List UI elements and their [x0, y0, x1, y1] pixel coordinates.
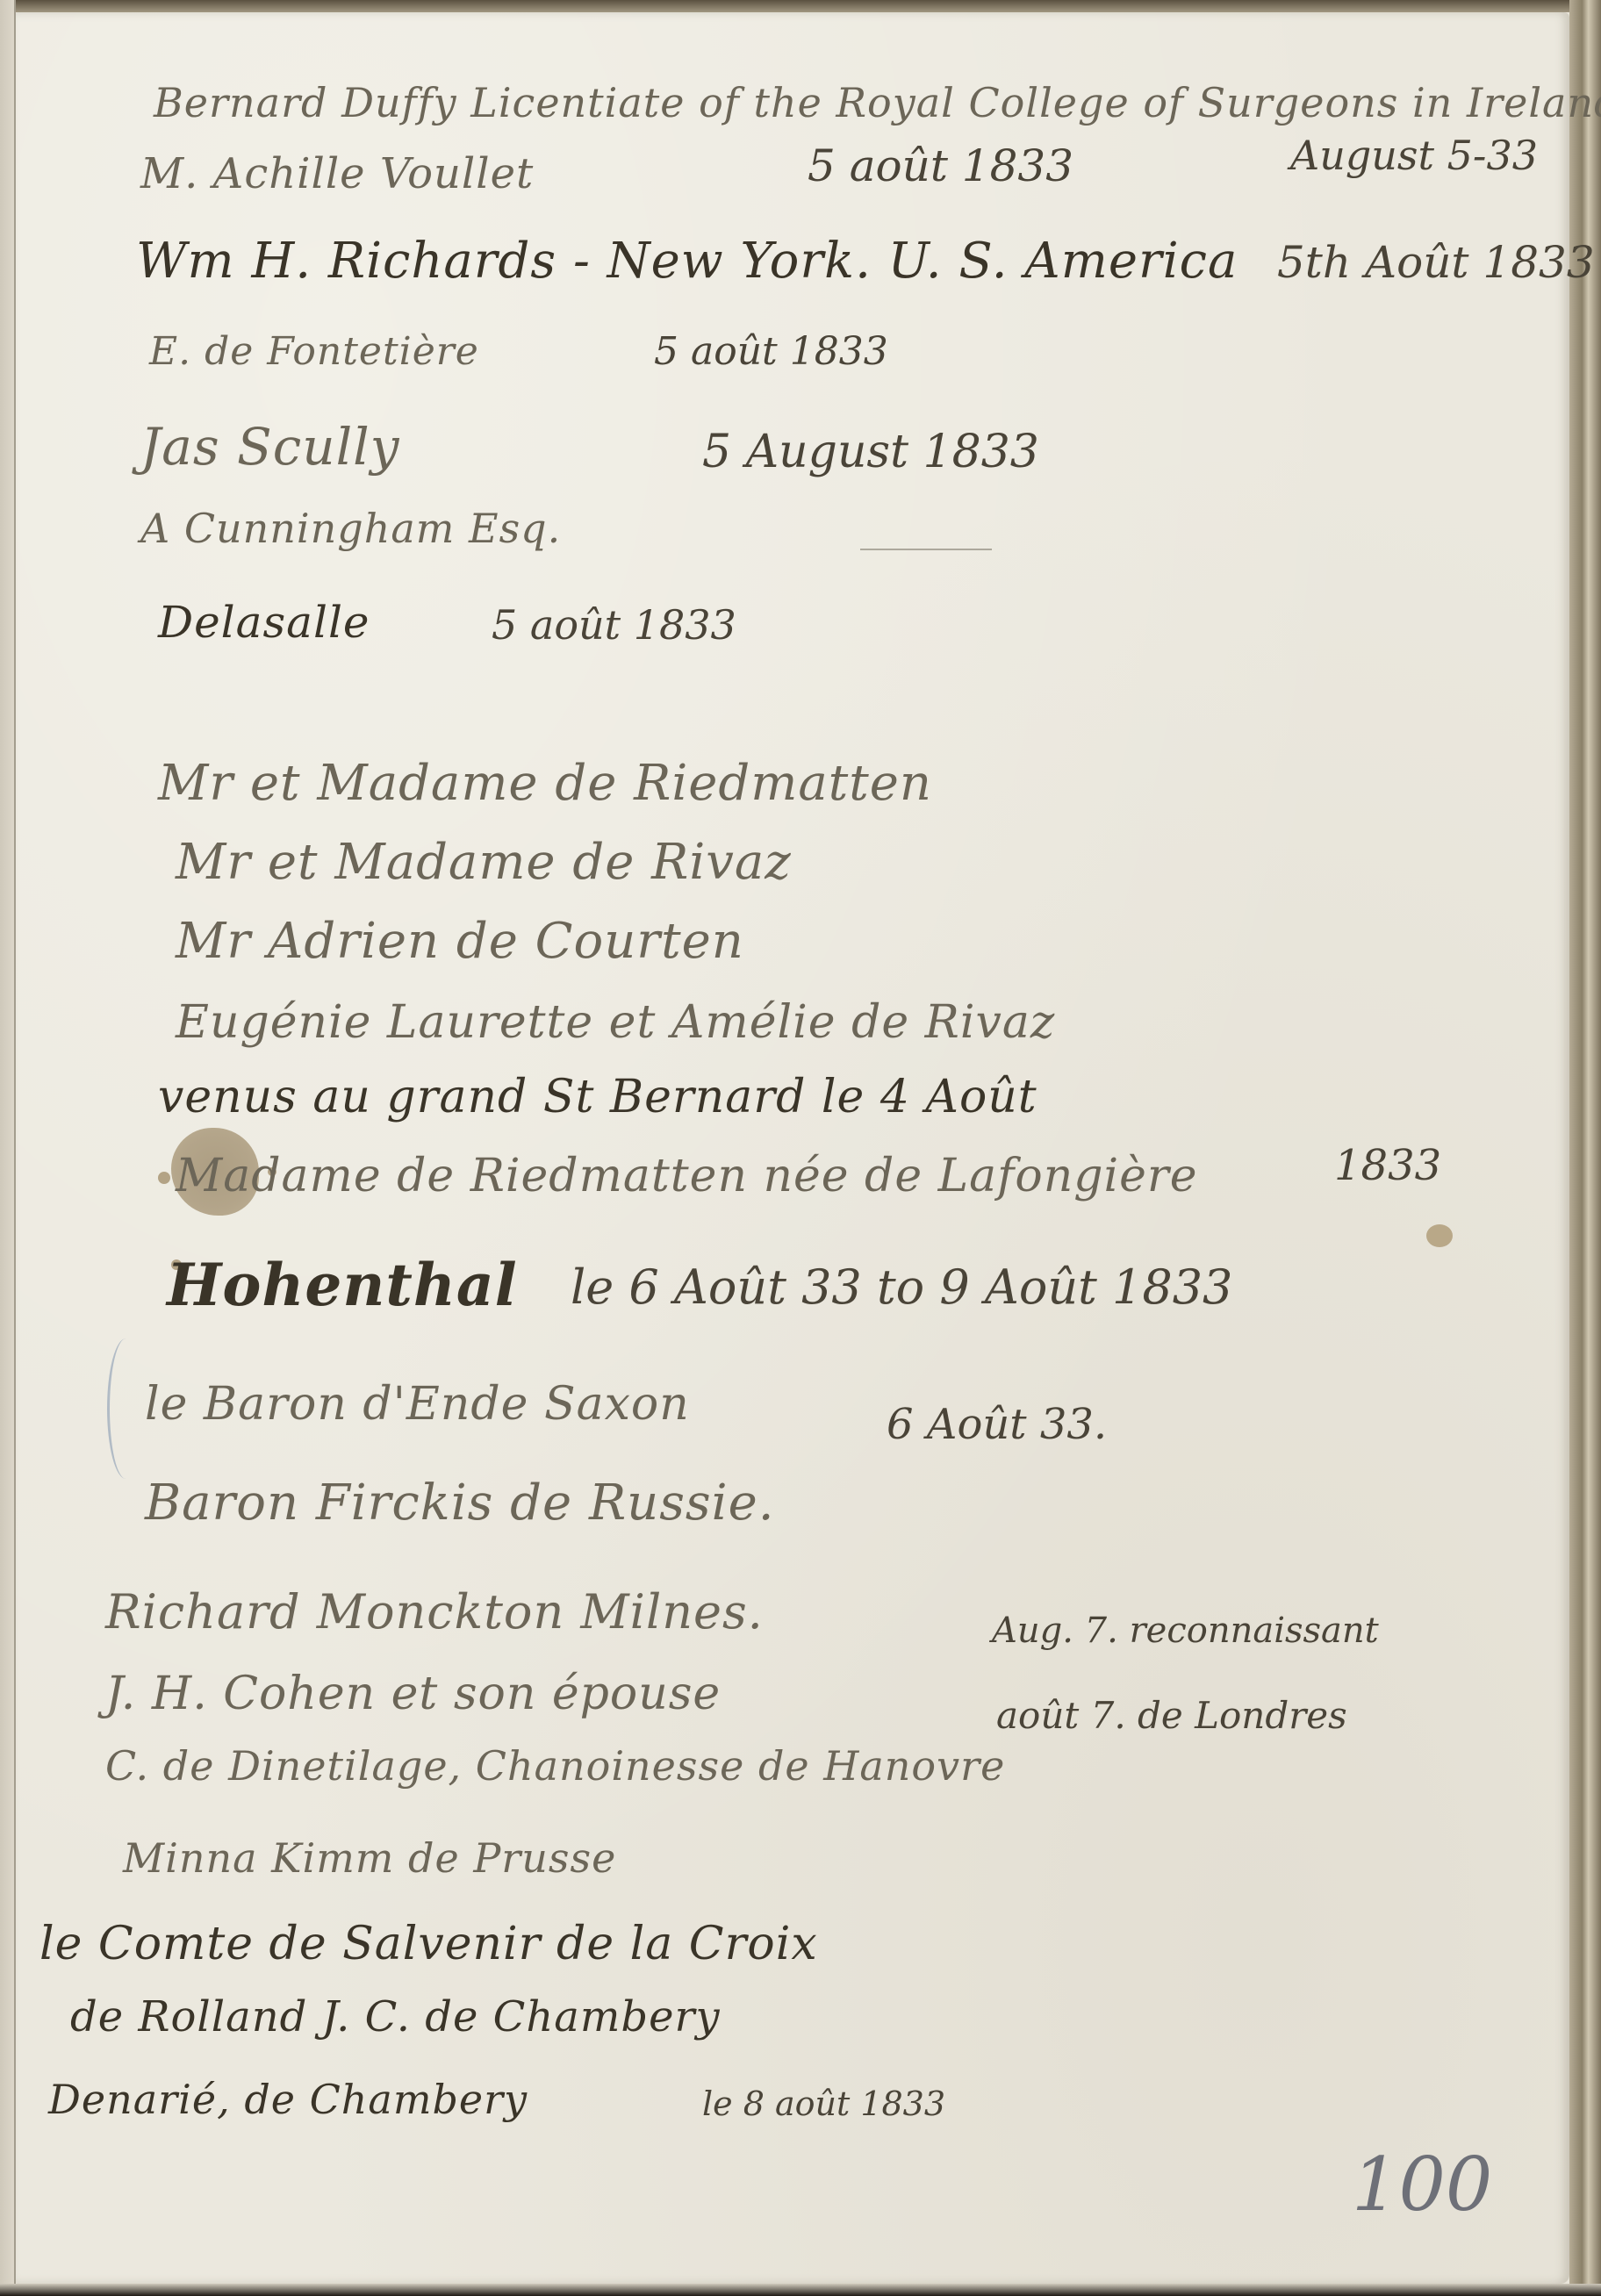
register-entry-date: Aug. 7. reconnaissant — [992, 1611, 1379, 1651]
register-entry-name: Delasalle — [158, 597, 370, 648]
register-entry-date: August 5-33 — [1290, 132, 1538, 179]
page-bottom-edge — [0, 2284, 1601, 2296]
page-number: 100 — [1352, 2142, 1492, 2228]
register-entry-date: 1833 — [1334, 1141, 1441, 1190]
register-entry-name: le Baron d'Ende Saxon — [145, 1378, 690, 1431]
page-top-edge — [0, 0, 1601, 12]
register-entry-name: Baron Firckis de Russie. — [145, 1474, 775, 1532]
register-entry-name: J. H. Cohen et son épouse — [105, 1668, 721, 1720]
register-entry-name: Mr et Madame de Riedmatten — [158, 755, 932, 812]
register-entry-date: août 7. de Londres — [996, 1694, 1347, 1737]
register-entry-name: Jas Scully — [140, 417, 399, 477]
register-entry-name: le Comte de Salvenir de la Croix — [39, 1918, 818, 1970]
pencil-bracket-mark — [107, 1338, 145, 1479]
register-entry-name: C. de Dinetilage, Chanoinesse de Hanovre — [105, 1742, 1005, 1790]
register-entry-name: Mr et Madame de Rivaz — [176, 834, 792, 891]
register-entry-date: le 6 Août 33 to 9 Août 1833 — [571, 1259, 1232, 1315]
register-entry-name: Bernard Duffy Licentiate of the Royal Co… — [154, 79, 1601, 126]
register-entry-date: 5 août 1833 — [492, 601, 736, 649]
manuscript-page: Bernard Duffy Licentiate of the Royal Co… — [0, 0, 1601, 2296]
book-binding-edge — [1569, 0, 1601, 2296]
register-entry-name: Minna Kimm de Prusse — [123, 1834, 616, 1882]
register-entry-date: 5 August 1833 — [702, 426, 1039, 478]
register-entry-name: E. de Fontetière — [149, 329, 479, 374]
register-entry-date: 5th Août 1833 — [1277, 237, 1595, 288]
ink-stain-splatter — [158, 1172, 170, 1184]
ink-stain-small — [1426, 1224, 1453, 1247]
register-entry-date: 6 Août 33. — [887, 1400, 1107, 1449]
register-entry-name: M. Achille Voullet — [140, 149, 534, 198]
register-entry-date: le 8 août 1833 — [702, 2084, 945, 2123]
register-entry-name: Eugénie Laurette et Amélie de Rivaz — [176, 996, 1055, 1049]
register-entry-name: Mr Adrien de Courten — [176, 913, 744, 970]
facing-page-edge — [0, 0, 16, 2296]
register-entry-name: venus au grand St Bernard le 4 Août — [158, 1071, 1037, 1123]
register-entry-name: Richard Monckton Milnes. — [105, 1584, 764, 1639]
register-entry-name: Denarié, de Chambery — [48, 2076, 528, 2123]
register-entry-name: Wm H. Richards - New York. U. S. America — [136, 233, 1238, 290]
register-entry-name: A Cunningham Esq. — [140, 505, 561, 552]
register-entry-date: 5 août 1833 — [808, 140, 1073, 191]
register-entry-name: Madame de Riedmatten née de Lafongière — [176, 1150, 1198, 1202]
register-entry-date: 5 août 1833 — [654, 329, 888, 374]
flourish-line — [860, 549, 992, 550]
register-entry-name: Hohenthal — [167, 1251, 518, 1319]
register-entry-name: de Rolland J. C. de Chambery — [70, 1992, 721, 2041]
